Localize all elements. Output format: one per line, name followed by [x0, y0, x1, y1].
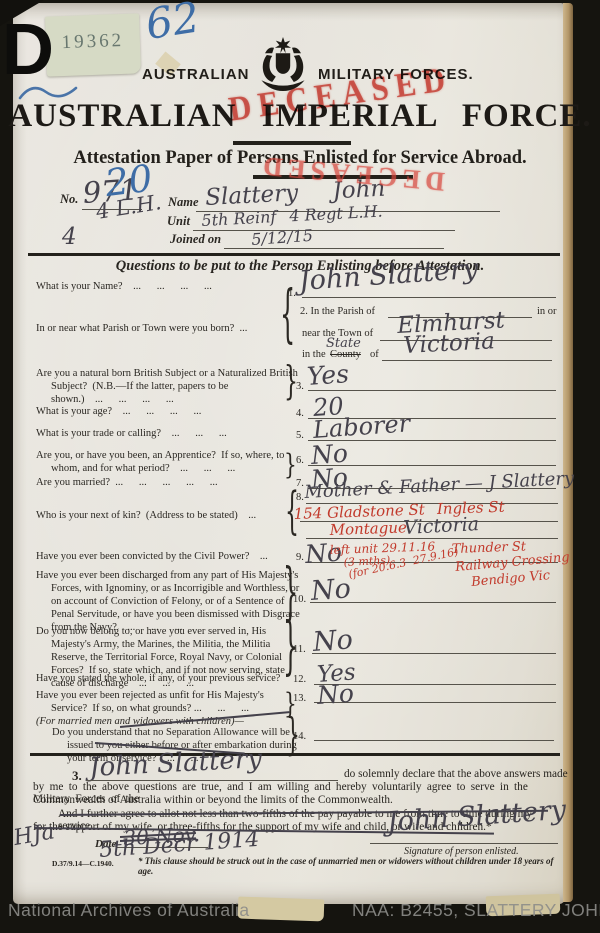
torn-paper-tab	[238, 897, 325, 922]
answer-2-brace: {	[280, 278, 295, 351]
question-1-text: What is your Name? ... ... ... ...	[36, 281, 307, 294]
question-13-text: Have you ever been rejected as unfit for…	[36, 690, 303, 716]
answer-2-state-value: Victoria	[403, 328, 496, 359]
answer-line	[302, 297, 556, 298]
answer-2-state-handwritten: State	[326, 336, 361, 351]
question-7-text: Are you married? ... ... ... ... ...	[36, 477, 307, 490]
declaration-line1: do solemnly declare that the above answe…	[344, 768, 568, 780]
title-rule	[233, 141, 351, 145]
answer-8-address-line3-red: Montague	[329, 518, 407, 539]
answer-13-value: No	[316, 678, 355, 710]
answer-13-number: 13.	[293, 693, 308, 706]
forces-heading-left: AUSTRALIAN	[142, 66, 250, 83]
answer-10-number: 10.	[293, 594, 308, 607]
question-6-brace: }	[284, 447, 297, 481]
answer-11-value: No	[312, 624, 354, 658]
signature-line	[370, 843, 558, 844]
file-number: 19362	[46, 29, 141, 54]
unit-label: Unit	[167, 214, 190, 229]
service-number-blue: 20	[103, 157, 155, 205]
answer-line	[308, 390, 556, 391]
deceased-stamp-partial: DECEASED	[257, 156, 446, 197]
answer-3-value: Yes	[306, 359, 350, 391]
squadron-annotation: 4	[62, 224, 77, 250]
answer-8-address-line3: Victoria	[403, 513, 480, 539]
question-5-text: What is your trade or calling? ... ... .…	[36, 428, 307, 441]
watermark-series-reference: NAA: B2455, SLATTERY JOHN	[352, 900, 600, 921]
answer-2-in-or: in or	[537, 306, 561, 319]
footnote: * This clause should be struck out in th…	[138, 856, 558, 876]
answer-12-number: 12.	[293, 674, 308, 687]
joined-on-label: Joined on	[170, 232, 221, 247]
question-3-text: Are you a natural born British Subject o…	[36, 368, 303, 407]
question-10-text: Have you ever been discharged from any p…	[36, 570, 303, 635]
name-label: Name	[168, 195, 199, 210]
answer-line	[382, 360, 552, 361]
form-reference: D.37/9.14—C.1940.	[52, 859, 114, 868]
question-4-text: What is your age? ... ... ... ...	[36, 406, 307, 419]
registry-d-stamp: D	[2, 14, 54, 86]
answer-14-number: 14.	[293, 731, 308, 744]
answer-line	[314, 740, 554, 741]
question-8-text: Who is your next of kin? (Address to be …	[36, 510, 321, 523]
question-9-text: Have you ever been convicted by the Civi…	[36, 551, 321, 564]
answer-10-value: No	[310, 573, 352, 607]
answer-line	[193, 230, 455, 231]
deceased-stamp-partial-clip: DECEASED	[252, 156, 464, 202]
answer-11-number: 11.	[293, 644, 308, 657]
watermark-archive-name: National Archives of Australia	[8, 900, 250, 921]
question-2-text: In or near what Parish or Town were you …	[36, 323, 307, 336]
question-6-text: Are you, or have you been, an Apprentice…	[36, 450, 303, 476]
blue-pen-number: 62	[142, 0, 202, 49]
file-number-label: 19362	[45, 13, 141, 76]
section-rule	[28, 253, 560, 256]
answer-2-parish-label: 2. In the Parish of	[300, 306, 375, 319]
no-label: No.	[60, 192, 78, 207]
scanned-attestation-document: D 19362 62 AUSTRALIAN MILITARY FORCES. D…	[0, 0, 600, 933]
